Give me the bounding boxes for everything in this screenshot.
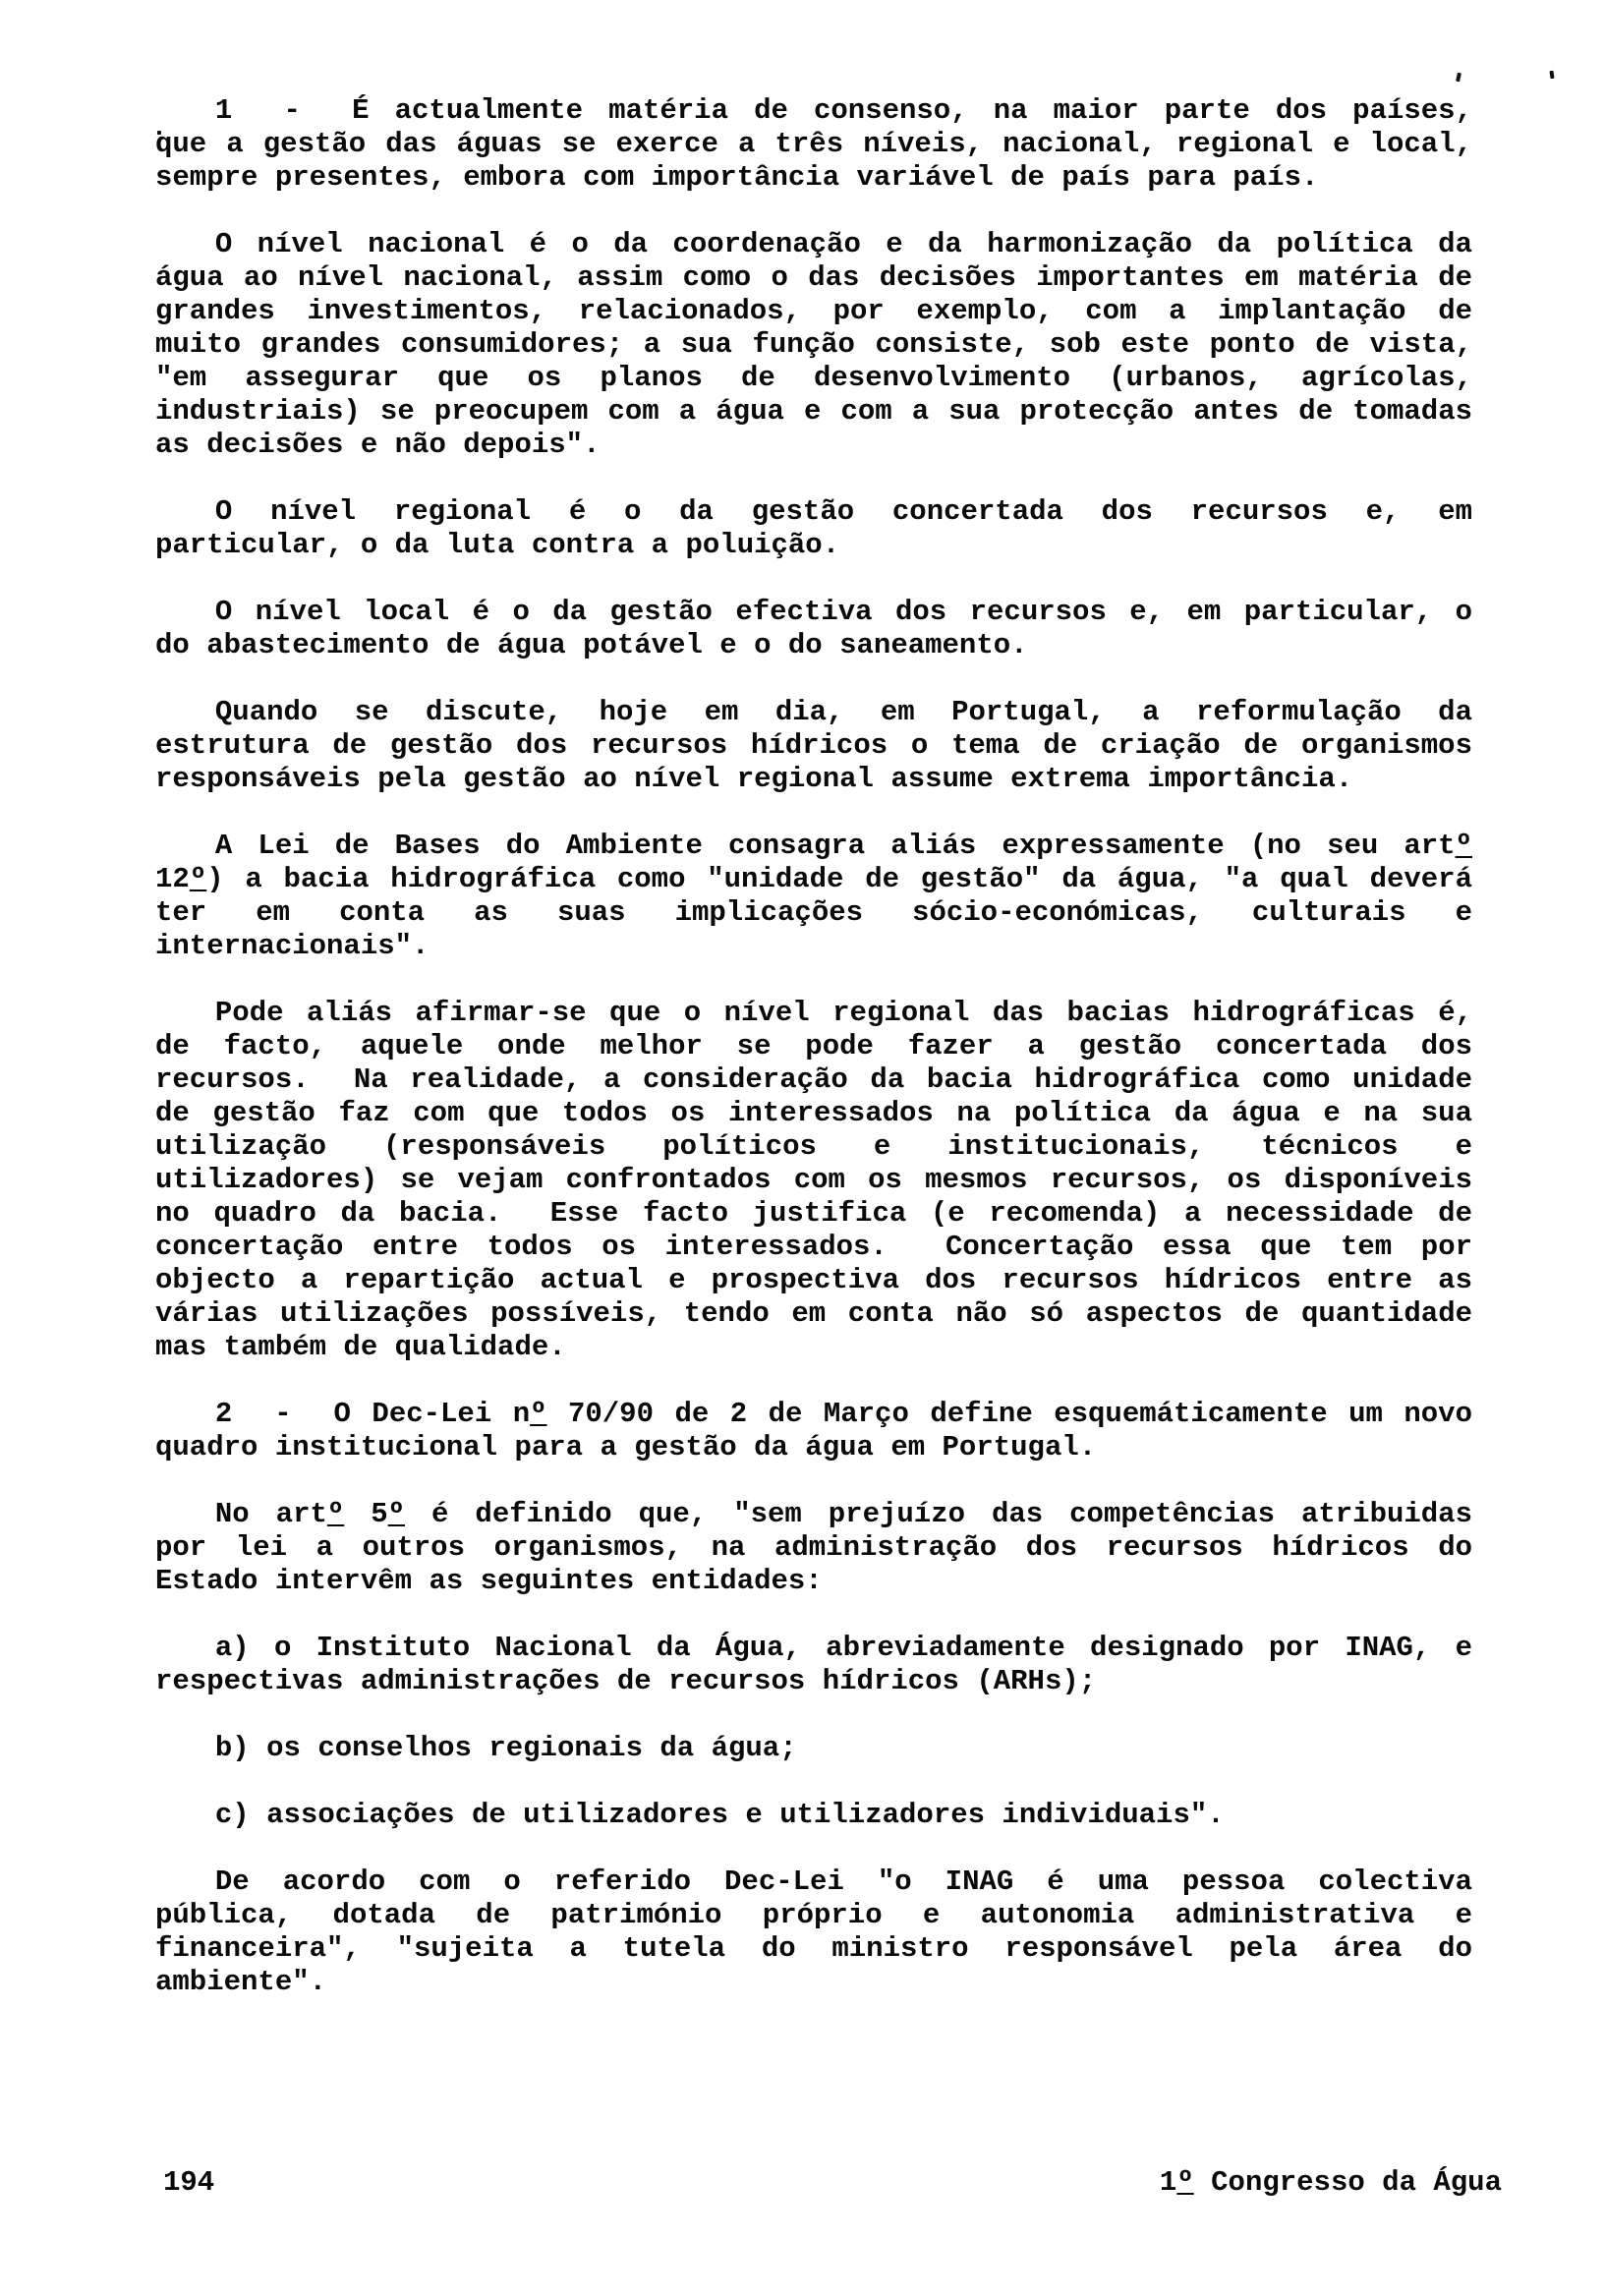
text-line: 2 - O Dec-Lei nº 70/90 de 2 de Março def… (155, 1398, 1472, 1431)
ordinal-indicator: º (1456, 830, 1472, 862)
page-footer: 194 1º Congresso da Água (163, 2166, 1502, 2200)
paragraph: O nível regional é o da gestão concertad… (155, 495, 1472, 562)
text-line: industriais) se preocupem com a água e c… (155, 395, 1472, 429)
paragraph: O nível nacional é o da coordenação e da… (155, 228, 1472, 462)
text-line: "em assegurar que os planos de desenvolv… (155, 362, 1472, 395)
text-line: por lei a outros organismos, na administ… (155, 1531, 1472, 1565)
text-line: no quadro da bacia. Esse facto justifica… (155, 1197, 1472, 1231)
text-line: de gestão faz com que todos os interessa… (155, 1097, 1472, 1130)
text-line: financeira", "sujeita a tutela do minist… (155, 1932, 1472, 1966)
text-line: pública, dotada de património próprio e … (155, 1899, 1472, 1932)
paragraph: No artº 5º é definido que, "sem prejuízo… (155, 1498, 1472, 1598)
text-line: 1 - É actualmente matéria de consenso, n… (155, 94, 1472, 128)
ordinal-indicator: º (530, 1398, 546, 1430)
text-line: Quando se discute, hoje em dia, em Portu… (155, 696, 1472, 729)
paragraph: Pode aliás afirmar-se que o nível region… (155, 997, 1472, 1364)
text-line: No artº 5º é definido que, "sem prejuízo… (155, 1498, 1472, 1531)
text-line: responsáveis pela gestão ao nível region… (155, 763, 1472, 796)
document-page: 1 - É actualmente matéria de consenso, n… (0, 0, 1604, 2296)
text-line: sempre presentes, embora com importância… (155, 161, 1472, 195)
text-line: concertação entre todos os interessados.… (155, 1231, 1472, 1264)
ordinal-indicator: º (388, 1498, 405, 1530)
text-line: A Lei de Bases do Ambiente consagra aliá… (155, 830, 1472, 863)
paragraph: A Lei de Bases do Ambiente consagra aliá… (155, 830, 1472, 963)
text-line: respectivas administrações de recursos h… (155, 1665, 1472, 1698)
text-line: 12º) a bacia hidrográfica como "unidade … (155, 863, 1472, 896)
text-line: mas também de qualidade. (155, 1331, 1472, 1364)
ordinal-indicator: º (190, 863, 206, 895)
text-line: que a gestão das águas se exerce a três … (155, 128, 1472, 161)
text-line: várias utilizações possíveis, tendo em c… (155, 1297, 1472, 1331)
text-line: recursos. Na realidade, a consideração d… (155, 1063, 1472, 1097)
text-line: utilizadores) se vejam confrontados com … (155, 1164, 1472, 1197)
paragraph: 2 - O Dec-Lei nº 70/90 de 2 de Março def… (155, 1398, 1472, 1464)
text-line: objecto a repartição actual e prospectiv… (155, 1264, 1472, 1297)
paragraph: b) os conselhos regionais da água; (155, 1732, 1472, 1765)
text-line: muito grandes consumidores; a sua função… (155, 328, 1472, 362)
text-line: De acordo com o referido Dec-Lei "o INAG… (155, 1865, 1472, 1899)
text-line: O nível local é o da gestão efectiva dos… (155, 596, 1472, 629)
text-line: utilização (responsáveis políticos e ins… (155, 1130, 1472, 1164)
text-line: grandes investimentos, relacionados, por… (155, 295, 1472, 328)
text-line: particular, o da luta contra a poluição. (155, 529, 1472, 562)
text-line: ter em conta as suas implicações sócio-e… (155, 896, 1472, 930)
paragraph: O nível local é o da gestão efectiva dos… (155, 596, 1472, 662)
text-line: estrutura de gestão dos recursos hídrico… (155, 729, 1472, 763)
text-line: Estado intervêm as seguintes entidades: (155, 1565, 1472, 1598)
text-line: O nível nacional é o da coordenação e da… (155, 228, 1472, 261)
footer-congress-title: 1º Congresso da Água (1160, 2166, 1502, 2200)
paragraph: c) associações de utilizadores e utiliza… (155, 1799, 1472, 1832)
text-line: O nível regional é o da gestão concertad… (155, 495, 1472, 529)
page-number: 194 (163, 2166, 214, 2200)
scan-speck (1456, 73, 1461, 83)
text-line: de facto, aquele onde melhor se pode faz… (155, 1030, 1472, 1063)
text-line: b) os conselhos regionais da água; (155, 1732, 1472, 1765)
ordinal-indicator: º (1176, 2166, 1193, 2199)
text-line: água ao nível nacional, assim como o das… (155, 261, 1472, 295)
paragraph: Quando se discute, hoje em dia, em Portu… (155, 696, 1472, 796)
paragraph: De acordo com o referido Dec-Lei "o INAG… (155, 1865, 1472, 1999)
text-line: Pode aliás afirmar-se que o nível region… (155, 997, 1472, 1030)
ordinal-indicator: º (327, 1498, 344, 1530)
text-line: internacionais". (155, 930, 1472, 963)
paragraph: 1 - É actualmente matéria de consenso, n… (155, 94, 1472, 195)
text-line: quadro institucional para a gestão da ág… (155, 1431, 1472, 1464)
scan-speck (1549, 71, 1554, 79)
text-line: c) associações de utilizadores e utiliza… (155, 1799, 1472, 1832)
paragraph: a) o Instituto Nacional da Água, abrevia… (155, 1632, 1472, 1698)
text-line: ambiente". (155, 1966, 1472, 1999)
text-line: do abastecimento de água potável e o do … (155, 629, 1472, 662)
text-line: as decisões e não depois". (155, 429, 1472, 462)
document-body: 1 - É actualmente matéria de consenso, n… (155, 94, 1472, 2033)
text-line: a) o Instituto Nacional da Água, abrevia… (155, 1632, 1472, 1665)
